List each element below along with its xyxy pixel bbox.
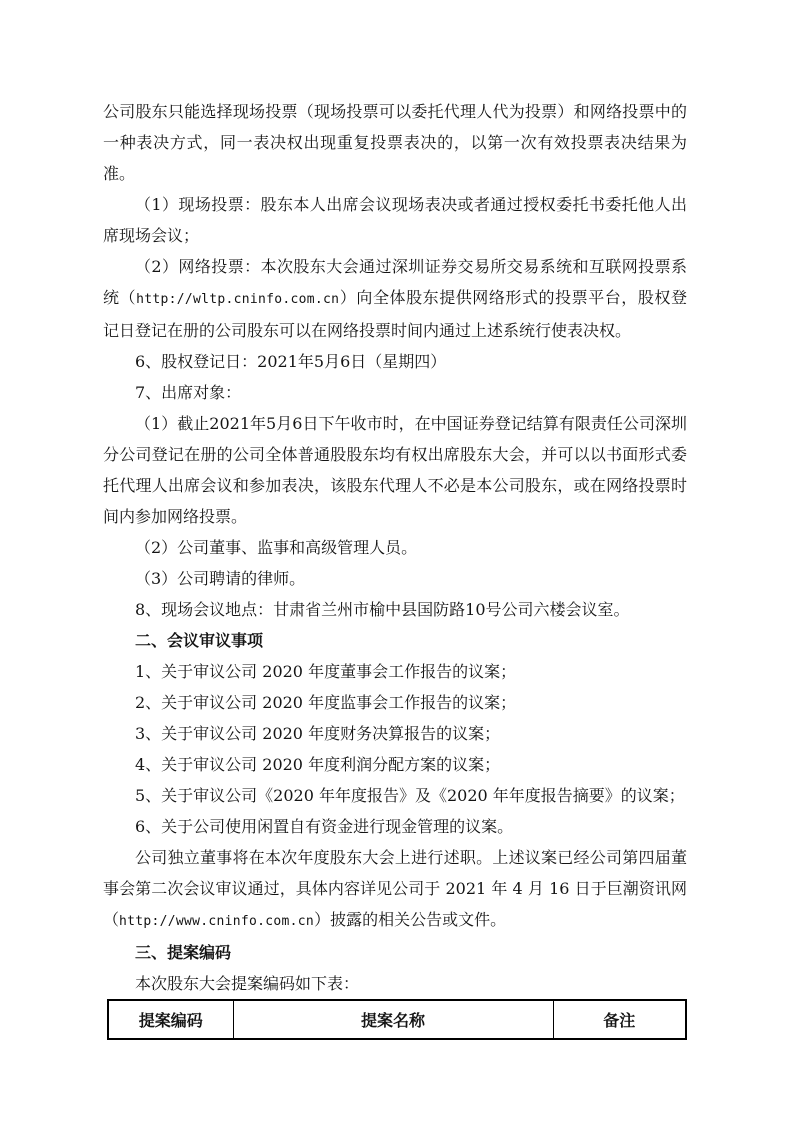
proposal-item-3: 3、关于审议公司 2020 年度财务决算报告的议案； (103, 718, 687, 749)
text-segment: 7、出席对象： (135, 383, 241, 402)
item-attendees: 7、出席对象： (103, 377, 687, 408)
proposal-item-1: 1、关于审议公司 2020 年度董事会工作报告的议案； (103, 656, 687, 687)
item-attendee-directors: （2）公司董事、监事和高级管理人员。 (103, 532, 687, 563)
text-segment: 3、关于审议公司 2020 年度财务决算报告的议案； (135, 724, 500, 743)
text-segment: ）披露的相关公告或文件。 (314, 910, 506, 929)
item-online-voting: （2）网络投票：本次股东大会通过深圳证券交易所交易系统和互联网投票系统（http… (103, 251, 687, 346)
text-segment: 本次股东大会提案编码如下表： (135, 974, 359, 993)
section-heading-proposal-codes: 三、提案编码 (103, 937, 687, 968)
proposal-code-table: 提案编码 提案名称 备注 (107, 999, 687, 1040)
text-segment: 6、股权登记日：2021年5月6日（星期四） (135, 352, 446, 371)
col-header-proposal-code: 提案编码 (108, 1000, 233, 1039)
item-meeting-venue: 8、现场会议地点：甘肃省兰州市榆中县国防路10号公司六楼会议室。 (103, 594, 687, 625)
text-segment: 二、会议审议事项 (135, 631, 263, 650)
text-segment: （3）公司聘请的律师。 (135, 569, 305, 588)
text-segment: 公司股东只能选择现场投票（现场投票可以委托代理人代为投票）和网络投票中的一种表决… (103, 102, 687, 183)
url-text: http://www.cninfo.com.cn (119, 914, 314, 929)
paragraph-table-intro: 本次股东大会提案编码如下表： (103, 968, 687, 999)
proposal-item-2: 2、关于审议公司 2020 年度监事会工作报告的议案； (103, 687, 687, 718)
paragraph-voting-method-continuation: 公司股东只能选择现场投票（现场投票可以委托代理人代为投票）和网络投票中的一种表决… (103, 96, 687, 189)
col-header-remarks: 备注 (553, 1000, 686, 1039)
paragraph-independent-directors: 公司独立董事将在本次年度股东大会上进行述职。上述议案已经公司第四届董事会第二次会… (103, 842, 687, 937)
text-segment: 6、关于公司使用闲置自有资金进行现金管理的议案。 (135, 817, 513, 836)
item-record-date: 6、股权登记日：2021年5月6日（星期四） (103, 346, 687, 377)
document-page: 公司股东只能选择现场投票（现场投票可以委托代理人代为投票）和网络投票中的一种表决… (0, 0, 793, 1122)
text-segment: 三、提案编码 (135, 943, 231, 962)
text-segment: 1、关于审议公司 2020 年度董事会工作报告的议案； (135, 662, 516, 681)
text-segment: 8、现场会议地点：甘肃省兰州市榆中县国防路10号公司六楼会议室。 (135, 600, 630, 619)
col-header-proposal-name: 提案名称 (233, 1000, 553, 1039)
proposal-table-header-row: 提案编码 提案名称 备注 (108, 1000, 686, 1039)
url-text: http://wltp.cninfo.com.cn (136, 292, 339, 307)
text-segment: 2、关于审议公司 2020 年度监事会工作报告的议案； (135, 693, 516, 712)
item-attendee-shareholders: （1）截止2021年5月6日下午收市时，在中国证券登记结算有限责任公司深圳分公司… (103, 408, 687, 532)
item-onsite-voting: （1）现场投票：股东本人出席会议现场表决或者通过授权委托书委托他人出席现场会议； (103, 189, 687, 251)
text-segment: （1）截止2021年5月6日下午收市时，在中国证券登记结算有限责任公司深圳分公司… (103, 414, 687, 526)
section-heading-review-items: 二、会议审议事项 (103, 625, 687, 656)
proposal-item-6: 6、关于公司使用闲置自有资金进行现金管理的议案。 (103, 811, 687, 842)
item-attendee-lawyers: （3）公司聘请的律师。 (103, 563, 687, 594)
text-segment: 4、关于审议公司 2020 年度利润分配方案的议案； (135, 755, 500, 774)
document-body: 公司股东只能选择现场投票（现场投票可以委托代理人代为投票）和网络投票中的一种表决… (103, 96, 687, 999)
text-segment: 5、关于审议公司《2020 年年度报告》及《2020 年年度报告摘要》的议案； (135, 786, 685, 805)
document-content: 公司股东只能选择现场投票（现场投票可以委托代理人代为投票）和网络投票中的一种表决… (0, 0, 793, 1040)
text-segment: （1）现场投票：股东本人出席会议现场表决或者通过授权委托书委托他人出席现场会议； (103, 195, 687, 245)
proposal-item-5: 5、关于审议公司《2020 年年度报告》及《2020 年年度报告摘要》的议案； (103, 780, 687, 811)
proposal-item-4: 4、关于审议公司 2020 年度利润分配方案的议案； (103, 749, 687, 780)
text-segment: （2）公司董事、监事和高级管理人员。 (135, 538, 417, 557)
